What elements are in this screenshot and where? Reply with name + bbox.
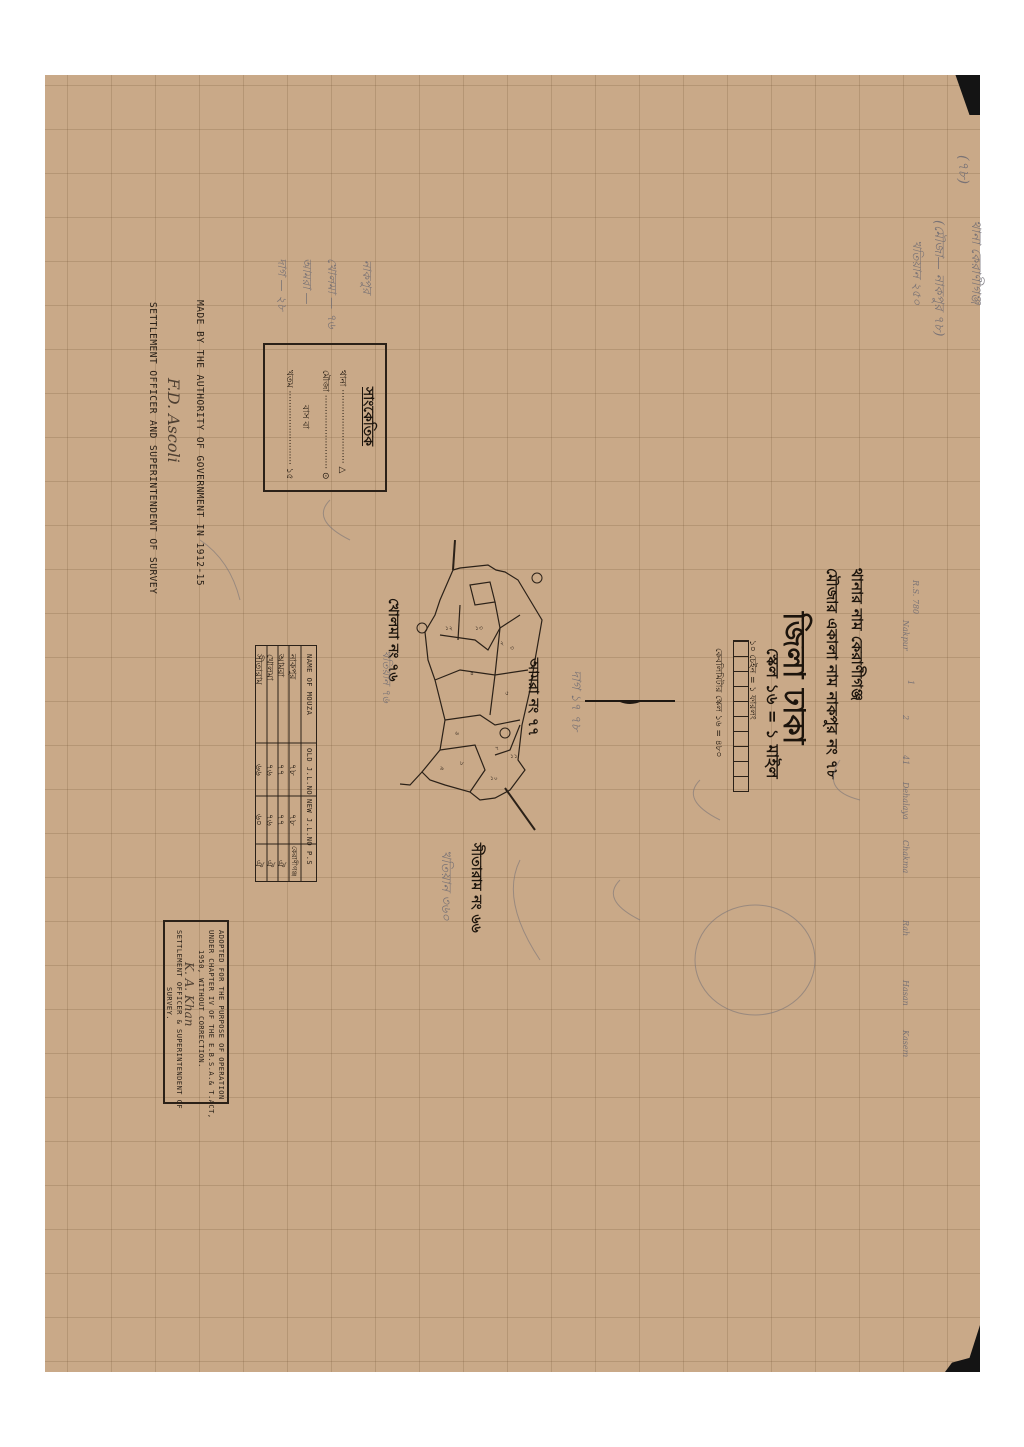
pencil-marks <box>0 0 1024 1447</box>
